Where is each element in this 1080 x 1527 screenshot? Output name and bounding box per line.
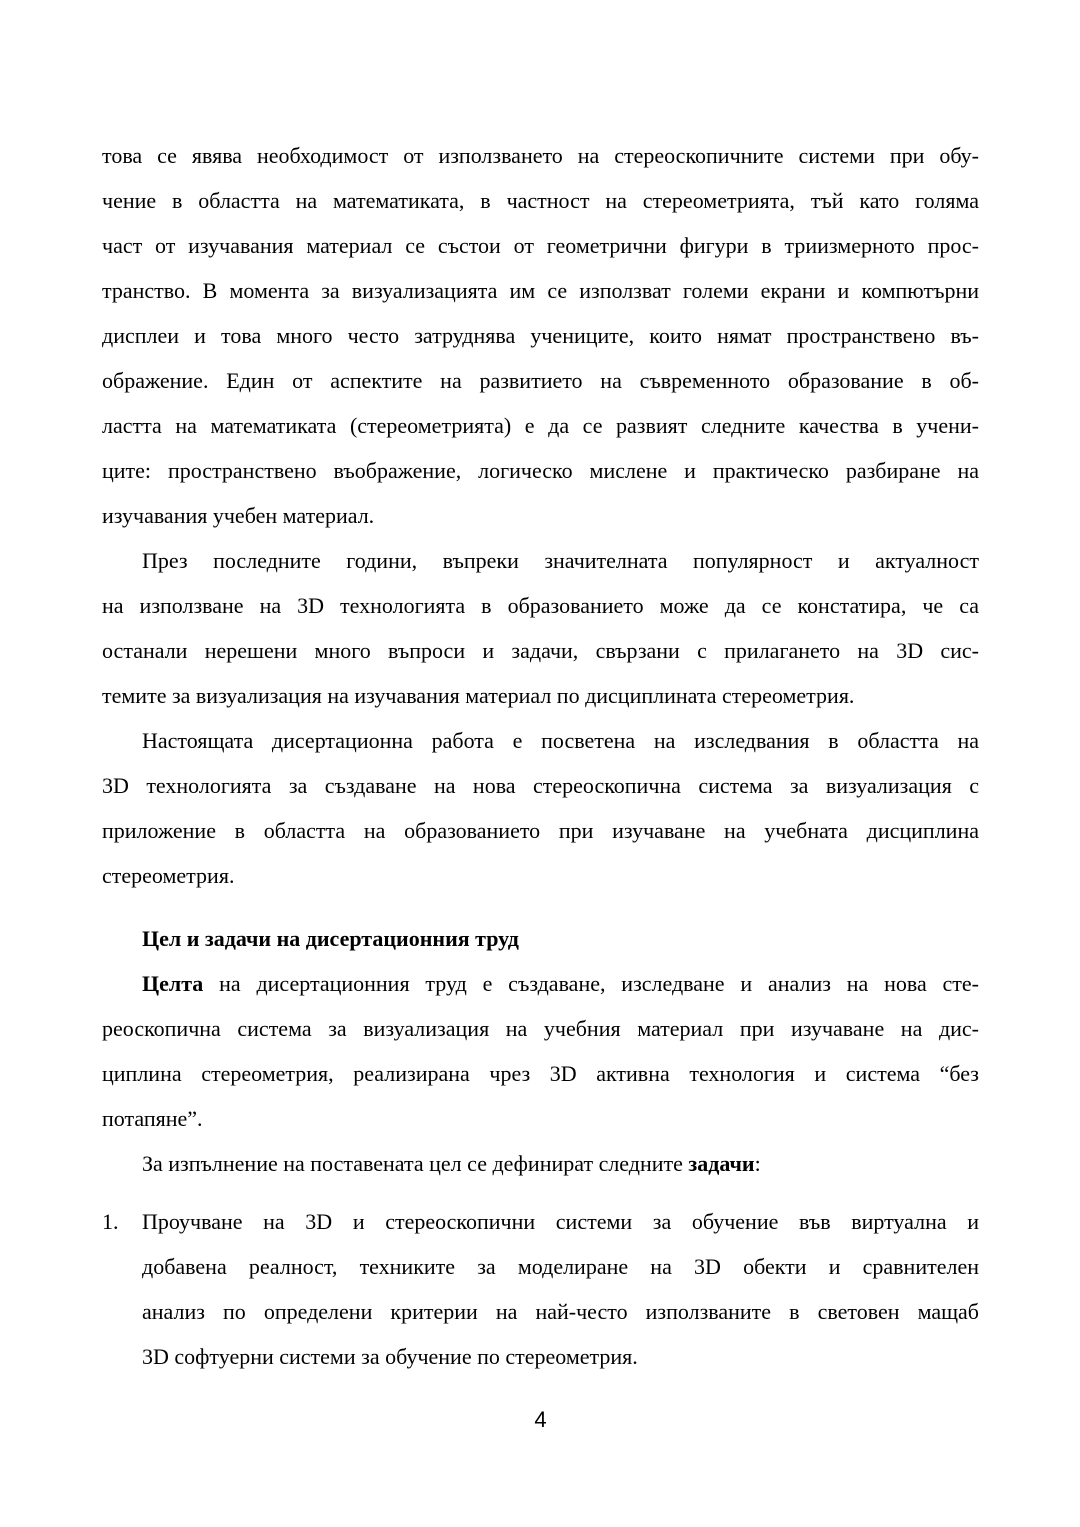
document-page: това се явява необходимост от използване…: [0, 0, 1080, 1527]
goal-bold-lead: Целта: [142, 971, 203, 996]
text-line: дисплеи и това много често затруднява уч…: [102, 313, 979, 358]
text-line: на използване на 3D технологията в образ…: [102, 583, 979, 628]
paragraph-3: Настоящата дисертационна работа е посвет…: [102, 718, 979, 898]
document-body: това се явява необходимост от използване…: [102, 133, 979, 1442]
text-segment: :: [755, 1151, 761, 1176]
text-line: това се явява необходимост от използване…: [102, 133, 979, 178]
text-line: Целта на дисертационния труд е създаване…: [102, 961, 979, 1006]
text-line: За изпълнение на поставената цел се дефи…: [102, 1141, 979, 1186]
text-line: добавена реалност, техниките за моделира…: [142, 1244, 979, 1289]
paragraph-5: За изпълнение на поставената цел се дефи…: [102, 1141, 979, 1186]
text-line: Проучване на 3D и стереоскопични системи…: [142, 1199, 979, 1244]
paragraph-2: През последните години, въпреки значител…: [102, 538, 979, 718]
text-line: ластта на математиката (стереометрията) …: [102, 403, 979, 448]
paragraph-1: това се явява необходимост от използване…: [102, 133, 979, 538]
text-line: анализ по определени критерии на най-чес…: [142, 1289, 979, 1334]
text-line: потапяне”.: [102, 1096, 979, 1141]
paragraph-4: Целта на дисертационния труд е създаване…: [102, 961, 979, 1141]
text-line: циплина стереометрия, реализирана чрез 3…: [102, 1051, 979, 1096]
text-line: останали нерешени много въпроси и задачи…: [102, 628, 979, 673]
text-line: 3D софтуерни системи за обучение по стер…: [142, 1334, 979, 1379]
text-line: 3D технологията за създаване на нова сте…: [102, 763, 979, 808]
text-line: приложение в областта на образованието п…: [102, 808, 979, 853]
section-heading: Цел и задачи на дисертационния труд: [102, 916, 979, 961]
list-item-text: Проучване на 3D и стереоскопични системи…: [142, 1199, 979, 1379]
text-line: чение в областта на математиката, в част…: [102, 178, 979, 223]
text-segment: За изпълнение на поставената цел се дефи…: [142, 1151, 688, 1176]
text-line: Настоящата дисертационна работа е посвет…: [102, 718, 979, 763]
text-line: През последните години, въпреки значител…: [102, 538, 979, 583]
text-line: част от изучавания материал се състои от…: [102, 223, 979, 268]
numbered-list-item-1: 1. Проучване на 3D и стереоскопични сист…: [102, 1199, 979, 1379]
list-number: 1.: [102, 1199, 142, 1244]
page-number: 4: [102, 1397, 979, 1442]
text-line: ображение. Един от аспектите на развитие…: [102, 358, 979, 403]
tasks-bold-word: задачи: [688, 1151, 754, 1176]
text-line: реоскопична система за визуализация на у…: [102, 1006, 979, 1051]
text-line: темите за визуализация на изучавания мат…: [102, 673, 979, 718]
text-line: транство. В момента за визуализацията им…: [102, 268, 979, 313]
text-line: ците: пространствено въображение, логиче…: [102, 448, 979, 493]
text-line: стереометрия.: [102, 853, 979, 898]
text-line: изучавания учебен материал.: [102, 493, 979, 538]
text-segment: на дисертационния труд е създаване, изсл…: [203, 971, 979, 996]
